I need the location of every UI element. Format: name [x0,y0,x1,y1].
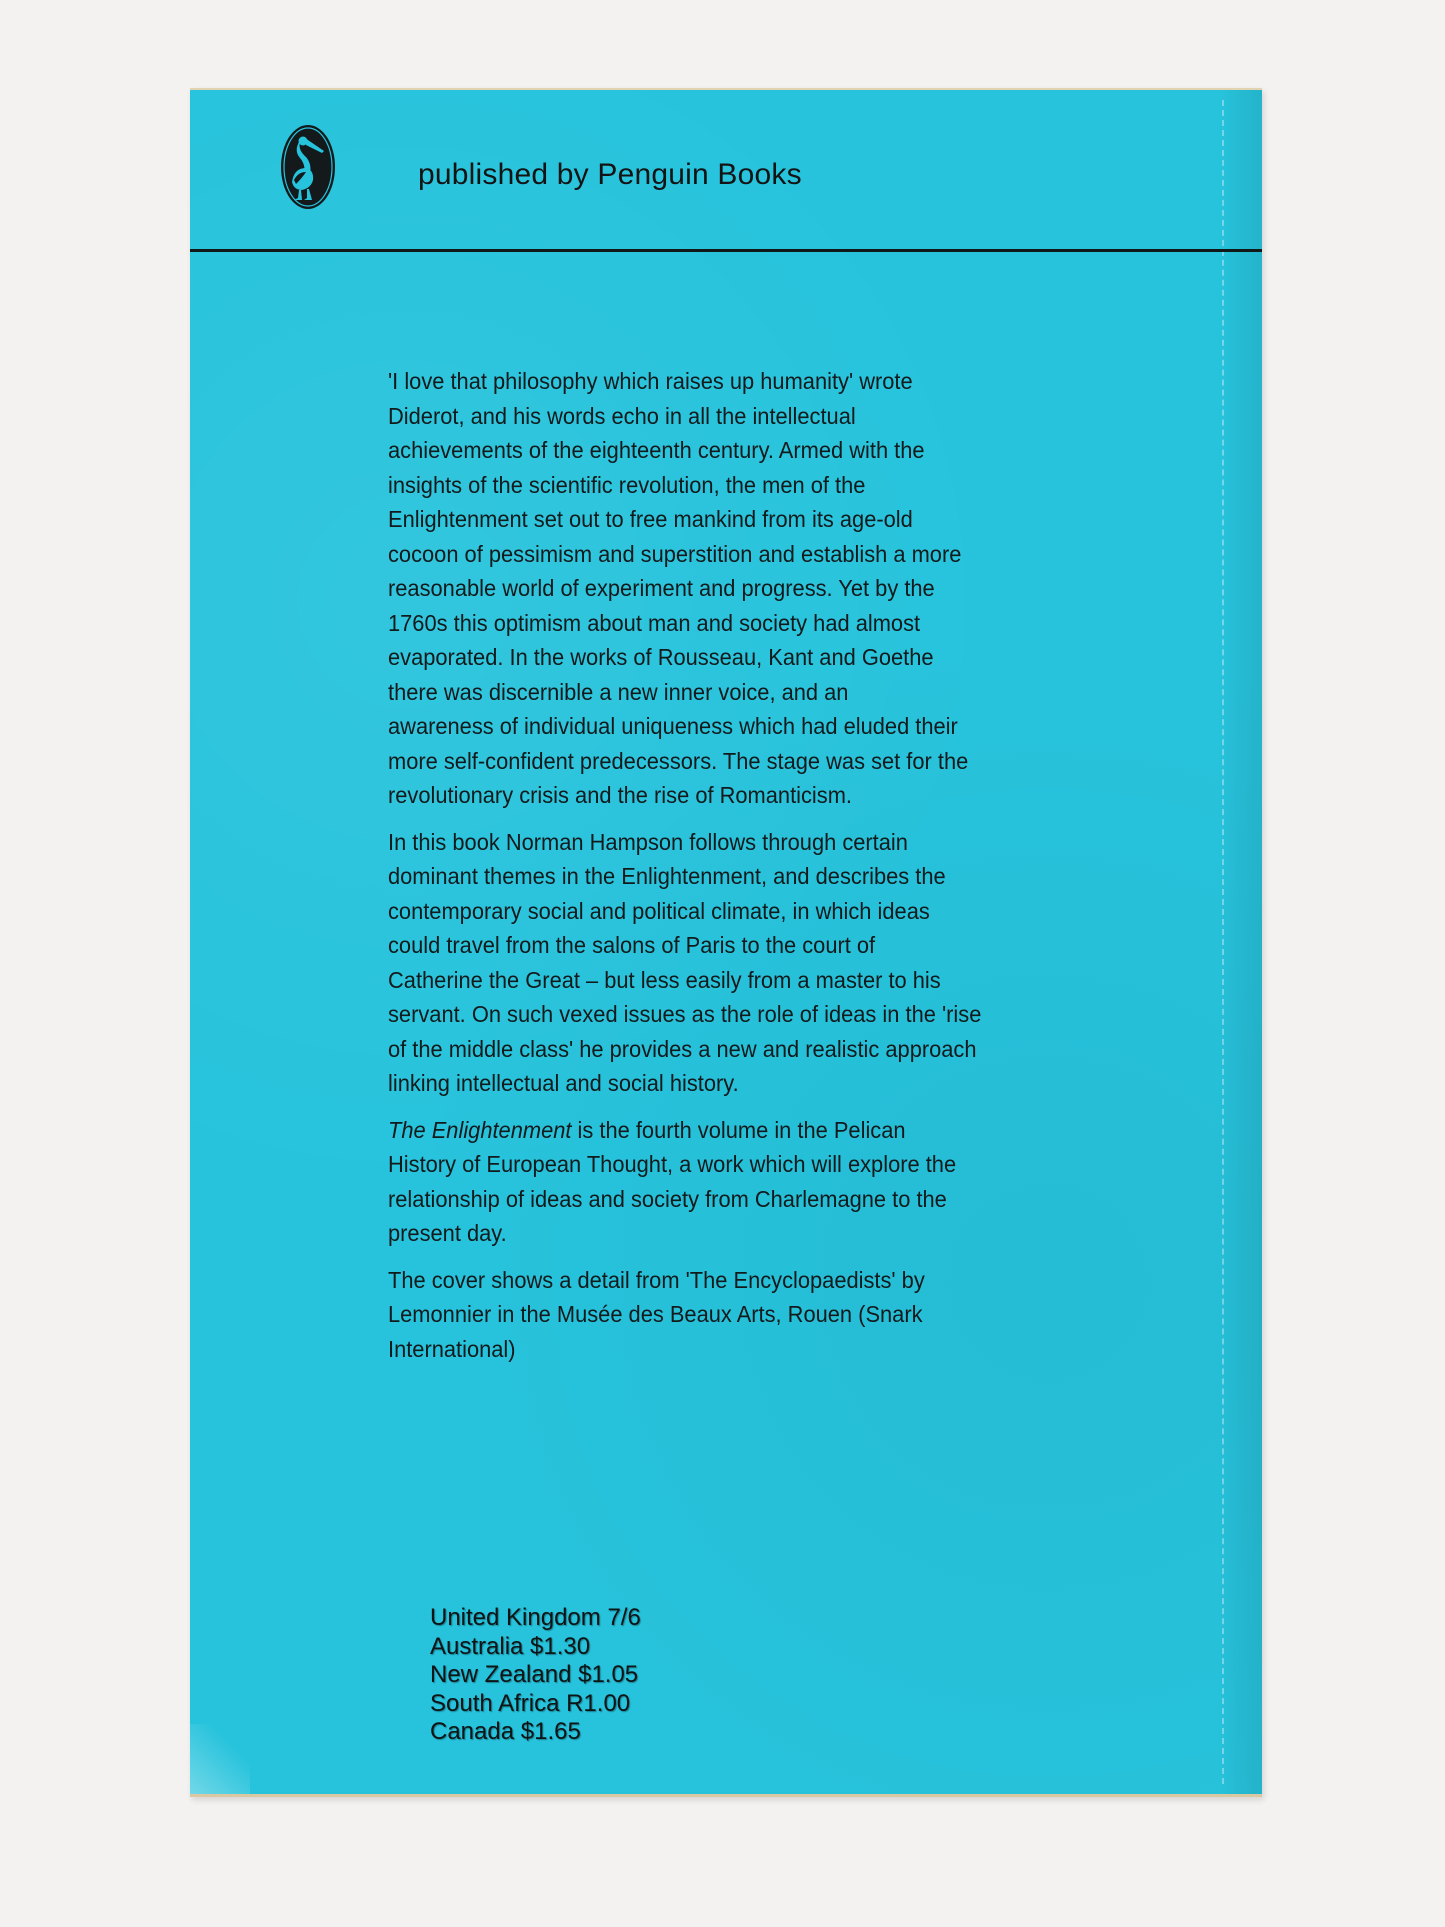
pelican-icon [280,124,336,210]
book-back-cover: published by Penguin Books 'I love that … [190,88,1262,1797]
blurb-paragraph-3: The Enlightenment is the fourth volume i… [388,1113,1132,1251]
price-region: South Africa [430,1690,559,1717]
header-divider [190,249,1262,252]
price-value: R1.00 [566,1690,630,1717]
price-value: 7/6 [607,1604,640,1631]
price-region: Australia [430,1633,523,1660]
book-title: The Enlightenment [388,1117,571,1143]
corner-wear [190,1724,250,1794]
price-value: $1.65 [521,1718,581,1745]
price-row: South Africa R1.00 [430,1690,641,1719]
price-row: Australia $1.30 [430,1633,641,1662]
price-row: United Kingdom 7/6 [430,1604,641,1633]
blurb: 'I love that philosophy which raises up … [388,364,1132,1378]
spine-edge [1220,90,1262,1794]
price-region: United Kingdom [430,1604,601,1631]
price-region: New Zealand [430,1661,571,1688]
publisher-line: published by Penguin Books [418,158,802,192]
price-row: New Zealand $1.05 [430,1661,641,1690]
price-region: Canada [430,1718,514,1745]
price-value: $1.30 [530,1633,590,1660]
price-row: Canada $1.65 [430,1718,641,1747]
blurb-paragraph-2: In this book Norman Hampson follows thro… [388,825,1132,1101]
price-list: United Kingdom 7/6 Australia $1.30 New Z… [430,1604,641,1747]
blurb-paragraph-1: 'I love that philosophy which raises up … [388,364,1132,813]
spine-crease [1222,100,1226,1784]
price-value: $1.05 [578,1661,638,1688]
cover-credit: The cover shows a detail from 'The Encyc… [388,1263,1132,1367]
